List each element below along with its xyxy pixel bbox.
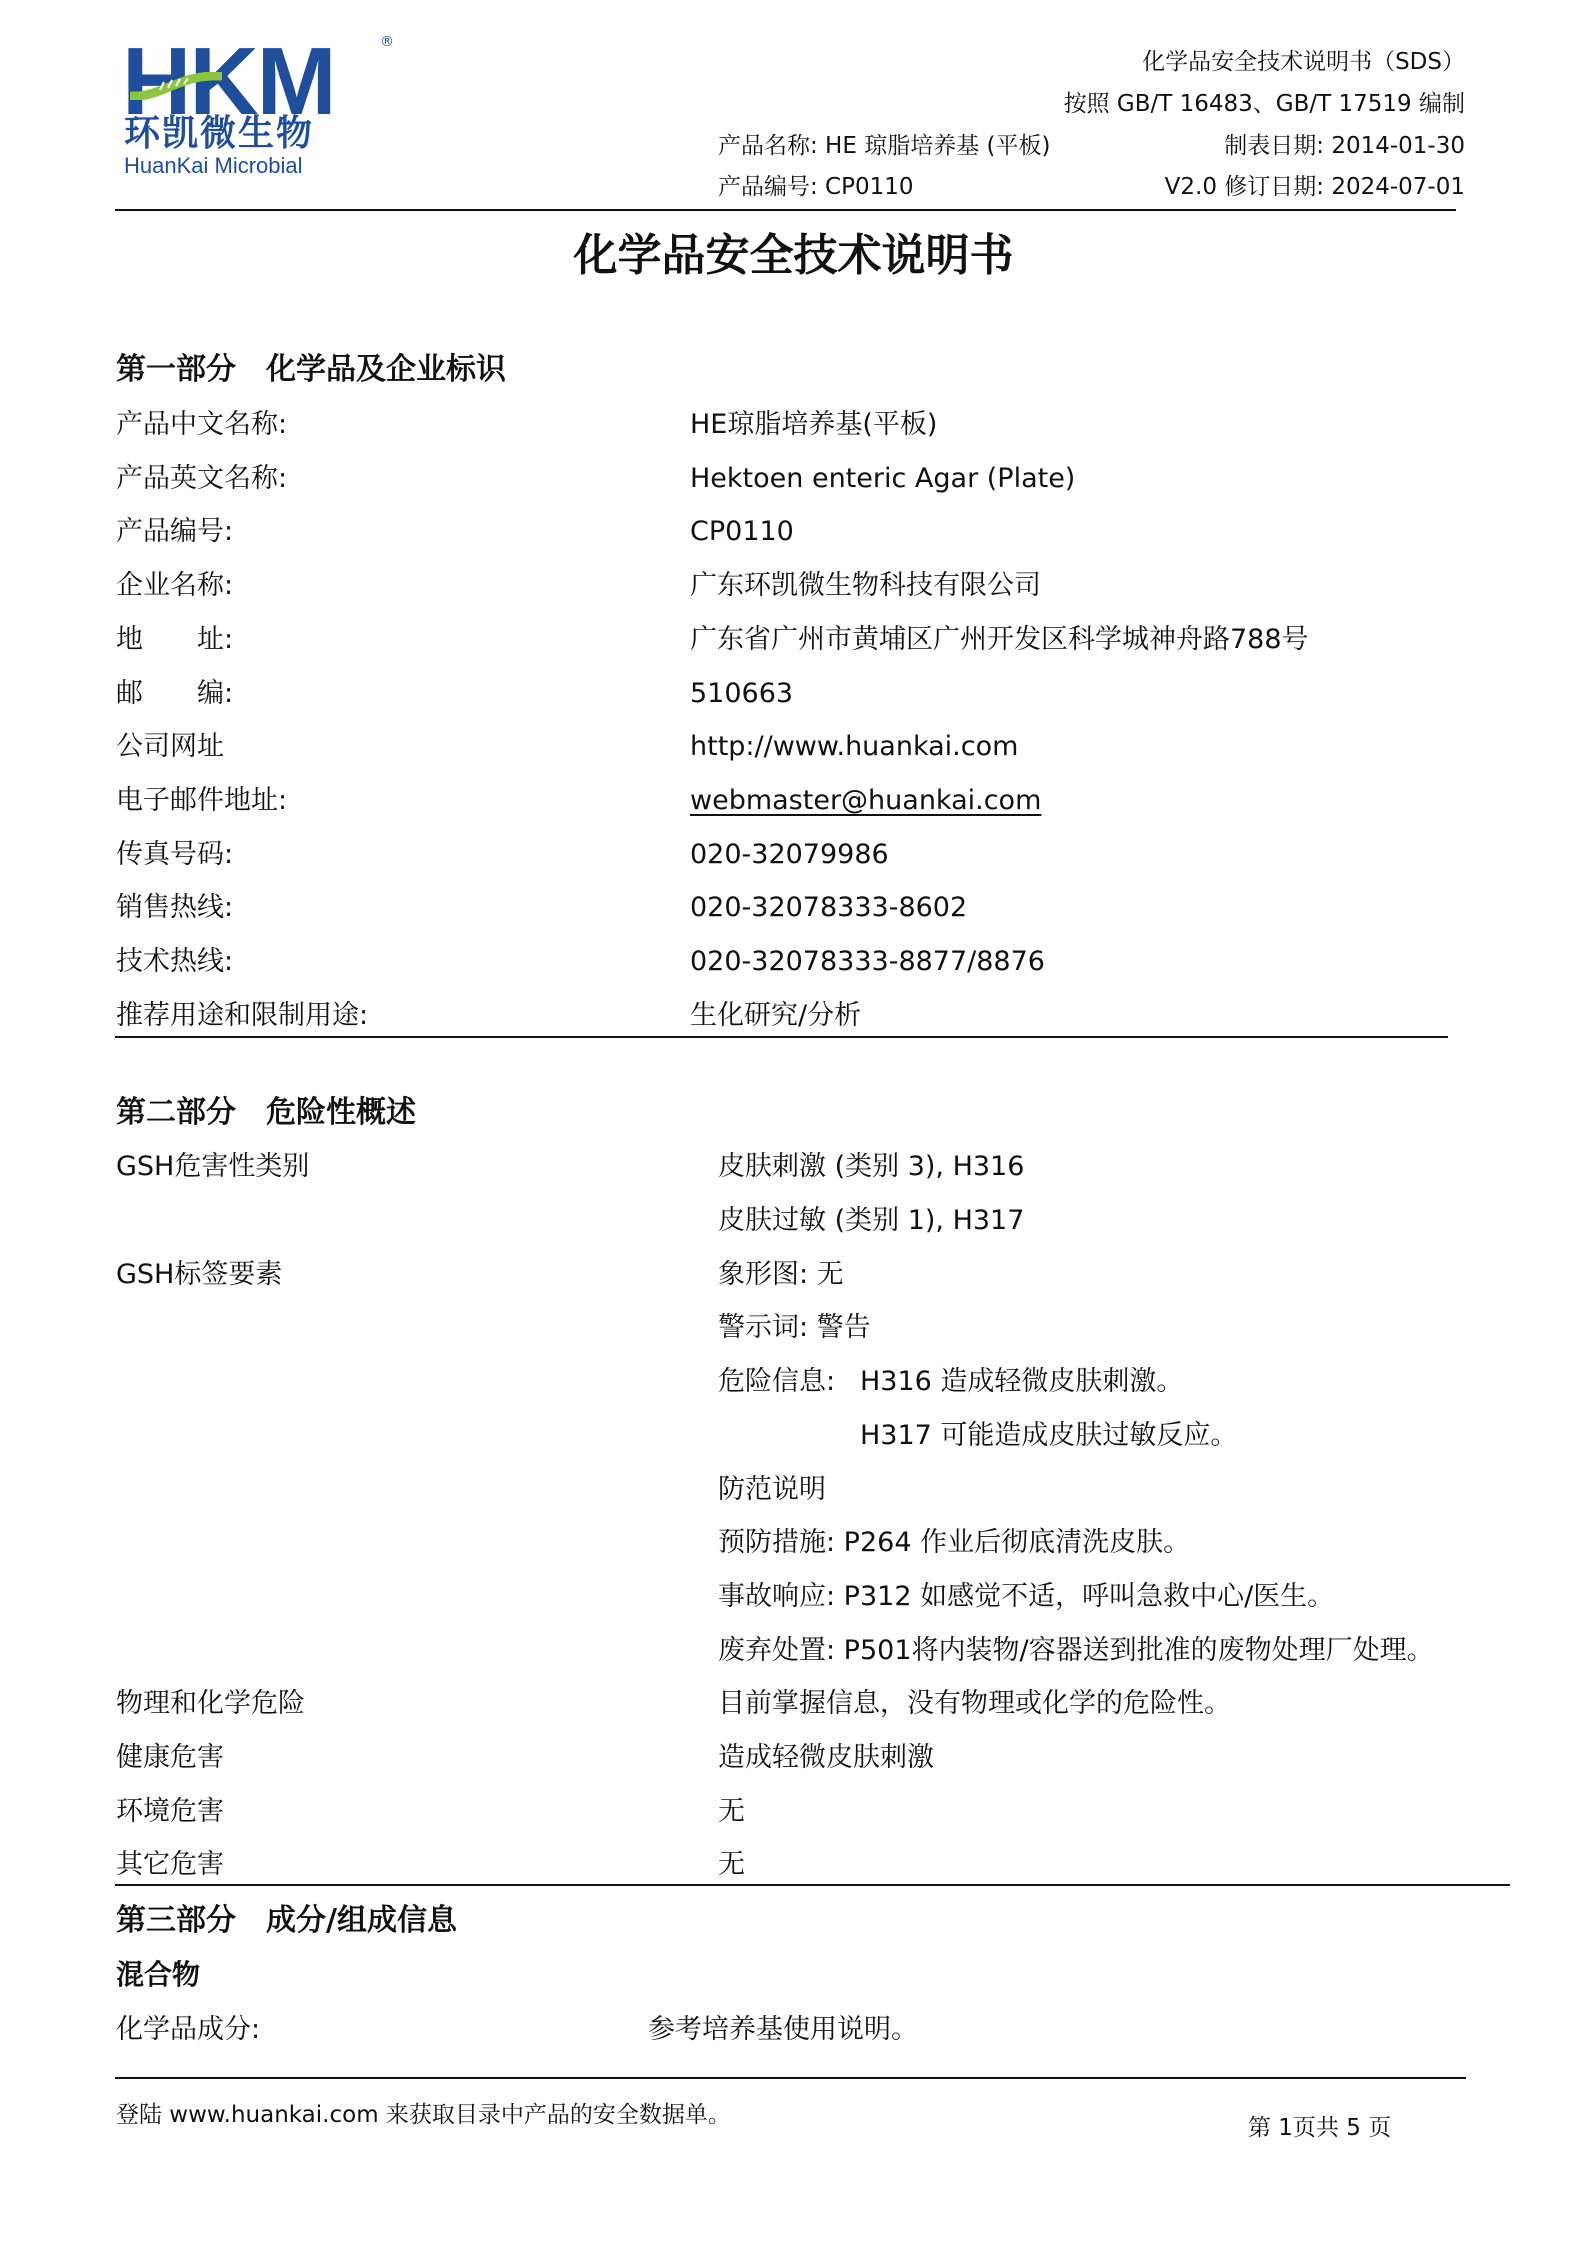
hazard-statement-h316: H316 造成轻微皮肤刺激。 [860, 1364, 1183, 1400]
label-usage: 推荐用途和限制用途: [116, 998, 368, 1034]
website-link[interactable]: http://www.huankai.com [690, 729, 1018, 765]
label-email: 电子邮件地址: [116, 783, 287, 819]
value-product-cn-name: HE琼脂培养基(平板) [690, 407, 937, 443]
footer-divider [115, 2077, 1466, 2079]
precaution-prevention: 预防措施: P264 作业后彻底清洗皮肤。 [718, 1525, 1190, 1561]
logo-chinese-name: 环凯微生物 [124, 114, 314, 154]
label-other-hazard: 其它危害 [116, 1847, 224, 1883]
hazard-statement-h317: H317 可能造成皮肤过敏反应。 [860, 1418, 1237, 1454]
logo-english-name: HuanKai Microbial [124, 154, 303, 178]
standard-note: 按照 GB/T 16483、GB/T 17519 编制 [1064, 90, 1465, 118]
section2-heading: 第二部分 危险性概述 [116, 1093, 416, 1133]
label-company-name: 企业名称: [116, 568, 233, 604]
value-postcode: 510663 [690, 676, 793, 712]
label-ghs-class: GSH危害性类别 [116, 1149, 309, 1185]
value-physical-hazard: 目前掌握信息，没有物理或化学的危险性。 [718, 1686, 1231, 1722]
dna-helix-icon [130, 72, 222, 100]
label-product-code: 产品编号: [116, 514, 233, 550]
label-address: 地 址: [116, 622, 233, 658]
precaution-disposal: 废弃处置: P501将内装物/容器送到批准的废物处理厂处理。 [718, 1633, 1434, 1669]
doc-type: 化学品安全技术说明书（SDS） [1142, 48, 1465, 76]
value-environment-hazard: 无 [718, 1794, 745, 1830]
ghs-class-1: 皮肤刺激 (类别 3), H316 [718, 1149, 1024, 1185]
label-fax: 传真号码: [116, 837, 233, 873]
value-health-hazard: 造成轻微皮肤刺激 [718, 1740, 934, 1776]
label-postcode: 邮 编: [116, 676, 233, 712]
value-address: 广东省广州市黄埔区广州开发区科学城神舟路788号 [690, 622, 1309, 658]
value-other-hazard: 无 [718, 1847, 745, 1883]
email-link[interactable]: webmaster@huankai.com [690, 783, 1041, 819]
label-environment-hazard: 环境危害 [116, 1794, 224, 1830]
label-product-en-name: 产品英文名称: [116, 461, 287, 497]
value-ingredients: 参考培养基使用说明。 [648, 2012, 918, 2048]
precaution-heading: 防范说明 [718, 1472, 826, 1508]
section1-divider [115, 1036, 1448, 1038]
label-tech-hotline: 技术热线: [116, 944, 233, 980]
value-product-code: CP0110 [690, 514, 794, 550]
footer-note: 登陆 www.huankai.com 来获取目录中产品的安全数据单。 [116, 2101, 731, 2129]
value-sales-hotline: 020-32078333-8602 [690, 890, 967, 926]
page-title: 化学品安全技术说明书 [0, 226, 1587, 286]
precaution-response: 事故响应: P312 如感觉不适，呼叫急救中心/医生。 [718, 1579, 1334, 1615]
registered-mark: ® [380, 34, 394, 50]
label-ghs-label-elements: GSH标签要素 [116, 1257, 282, 1293]
header-product-name: 产品名称: HE 琼脂培养基 (平板) [718, 132, 1050, 160]
signal-word: 警示词: 警告 [718, 1310, 871, 1346]
section3-subheading: 混合物 [116, 1955, 200, 1995]
page-number: 第 1页共 5 页 [1248, 2114, 1391, 2142]
value-tech-hotline: 020-32078333-8877/8876 [690, 944, 1045, 980]
header-created-date: 制表日期: 2014-01-30 [1224, 132, 1465, 160]
company-logo: HKM ® 环凯微生物 HuanKai Microbial [122, 34, 402, 184]
hazard-statements-label: 危险信息: [718, 1364, 835, 1400]
label-website: 公司网址 [116, 729, 224, 765]
label-health-hazard: 健康危害 [116, 1740, 224, 1776]
value-usage: 生化研究/分析 [690, 998, 861, 1034]
pictogram: 象形图: 无 [718, 1257, 844, 1293]
section3-heading: 第三部分 成分/组成信息 [116, 1901, 457, 1941]
header-product-code: 产品编号: CP0110 [718, 173, 914, 201]
header-divider [115, 209, 1456, 211]
value-company-name: 广东环凯微生物科技有限公司 [690, 568, 1041, 604]
section2-divider [115, 1884, 1510, 1886]
label-sales-hotline: 销售热线: [116, 890, 233, 926]
label-physical-hazard: 物理和化学危险 [116, 1686, 305, 1722]
ghs-class-2: 皮肤过敏 (类别 1), H317 [718, 1203, 1024, 1239]
label-product-cn-name: 产品中文名称: [116, 407, 287, 443]
label-ingredients: 化学品成分: [116, 2012, 260, 2048]
header-revision: V2.0 修订日期: 2024-07-01 [1165, 173, 1465, 201]
section1-heading: 第一部分 化学品及企业标识 [116, 350, 506, 390]
value-product-en-name: Hektoen enteric Agar (Plate) [690, 461, 1075, 497]
value-fax: 020-32079986 [690, 837, 889, 873]
